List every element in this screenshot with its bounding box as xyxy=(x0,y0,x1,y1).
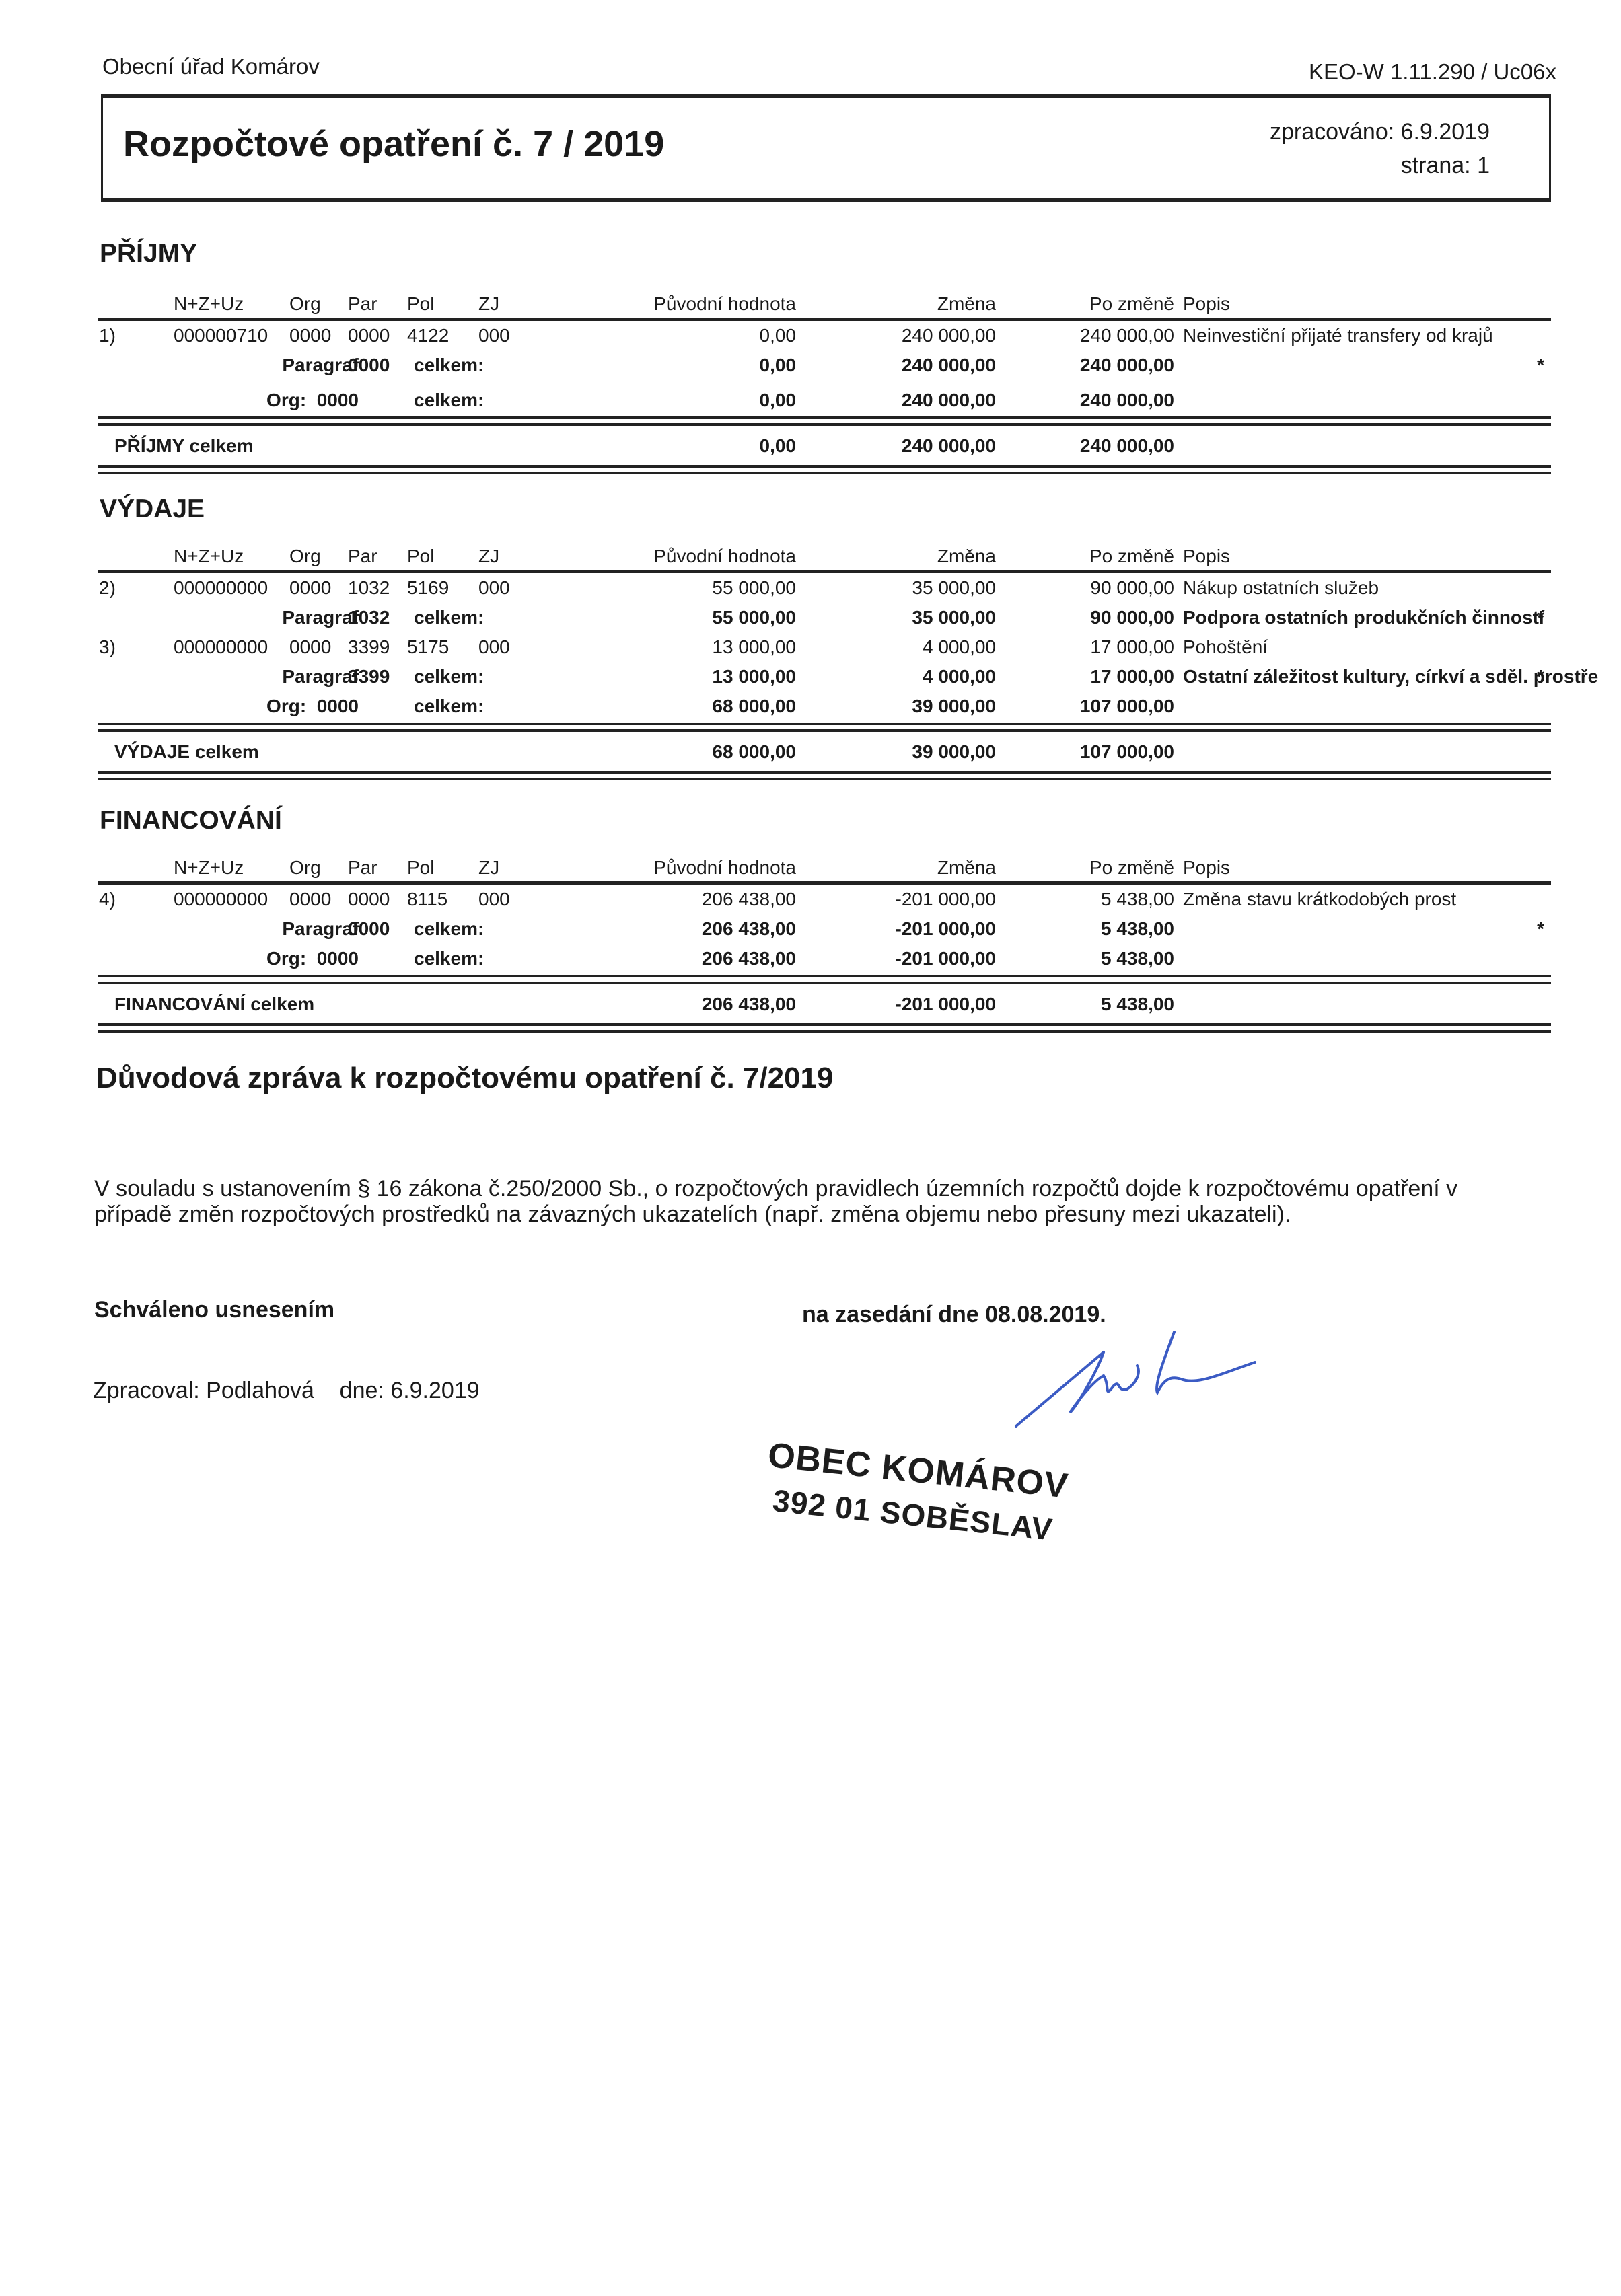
section-title-vydaje: VÝDAJE xyxy=(100,494,205,524)
asterisk: * xyxy=(1537,918,1544,940)
celkem-label: celkem: xyxy=(414,948,484,969)
row-original: 0,00 xyxy=(760,325,797,346)
double-rule xyxy=(98,975,1551,984)
total-change: 39 000,00 xyxy=(912,741,996,763)
reason-text: V souladu s ustanovením § 16 zákona č.25… xyxy=(94,1176,1527,1227)
paragraf-label: Paragraf xyxy=(282,607,359,628)
double-rule xyxy=(98,465,1551,474)
col-nzu: N+Z+Uz xyxy=(174,293,244,315)
table-header: N+Z+UzOrgParPolZJPůvodní hodnotaZměnaPo … xyxy=(98,542,1551,570)
double-rule xyxy=(98,771,1551,780)
col-original: Původní hodnota xyxy=(653,857,796,879)
prepared-by-name: Zpracoval: Podlahová xyxy=(93,1378,314,1403)
total-change: 240 000,00 xyxy=(902,435,996,457)
row-after: 90 000,00 xyxy=(1090,577,1174,599)
table-header: N+Z+UzOrgParPolZJPůvodní hodnotaZměnaPo … xyxy=(98,853,1551,881)
page-number: strana: 1 xyxy=(1401,153,1490,179)
row-index: 3) xyxy=(99,636,116,658)
subtotal-original: 13 000,00 xyxy=(712,666,796,688)
paragraf-subtotal-row: Paragraf0000celkem:206 438,00-201 000,00… xyxy=(98,914,1551,944)
subtotal-original: 0,00 xyxy=(760,355,797,376)
official-stamp: OBEC KOMÁROV 392 01 SOBĚSLAV xyxy=(761,1433,1071,1553)
subtotal-change: 240 000,00 xyxy=(902,355,996,376)
row-pol: 5169 xyxy=(407,577,449,599)
row-org: 0000 xyxy=(289,889,331,910)
col-par: Par xyxy=(348,546,377,567)
row-org: 0000 xyxy=(289,636,331,658)
col-pol: Pol xyxy=(407,857,434,879)
subtotal-after: 90 000,00 xyxy=(1090,607,1174,628)
total-change: -201 000,00 xyxy=(896,994,996,1015)
col-pol: Pol xyxy=(407,546,434,567)
table-row: 2)00000000000001032516900055 000,0035 00… xyxy=(98,573,1551,603)
org-total-original: 68 000,00 xyxy=(712,696,796,717)
celkem-label: celkem: xyxy=(414,607,484,628)
org-total-change: 240 000,00 xyxy=(902,390,996,411)
org-label: Org: 0000 xyxy=(266,390,359,411)
document-title: Rozpočtové opatření č. 7 / 2019 xyxy=(123,123,664,165)
table-prijmy: N+Z+UzOrgParPolZJPůvodní hodnotaZměnaPo … xyxy=(98,289,1551,474)
org-total-original: 0,00 xyxy=(760,390,797,411)
row-org: 0000 xyxy=(289,577,331,599)
org-total-after: 5 438,00 xyxy=(1101,948,1174,969)
total-after: 5 438,00 xyxy=(1101,994,1174,1015)
paragraf-label: Paragraf xyxy=(282,666,359,688)
row-zj: 000 xyxy=(478,636,510,658)
title-box: Rozpočtové opatření č. 7 / 2019 zpracová… xyxy=(101,94,1551,202)
row-par: 1032 xyxy=(348,577,390,599)
reason-title: Důvodová zpráva k rozpočtovému opatření … xyxy=(96,1062,833,1095)
col-change: Změna xyxy=(937,857,996,879)
row-pol: 5175 xyxy=(407,636,449,658)
subtotal-change: -201 000,00 xyxy=(896,918,996,940)
section-total-row: FINANCOVÁNÍ celkem206 438,00-201 000,005… xyxy=(98,984,1551,1018)
celkem-label: celkem: xyxy=(414,390,484,411)
row-description: Pohoštění xyxy=(1183,636,1268,658)
row-zj: 000 xyxy=(478,325,510,346)
subtotal-original: 55 000,00 xyxy=(712,607,796,628)
col-zj: ZJ xyxy=(478,857,499,879)
table-header: N+Z+UzOrgParPolZJPůvodní hodnotaZměnaPo … xyxy=(98,289,1551,318)
celkem-label: celkem: xyxy=(414,355,484,376)
paragraf-code: 3399 xyxy=(348,666,390,688)
double-rule xyxy=(98,723,1551,732)
double-rule xyxy=(98,1023,1551,1033)
col-change: Změna xyxy=(937,546,996,567)
row-index: 1) xyxy=(99,325,116,346)
paragraf-subtotal-row: Paragraf1032celkem:55 000,0035 000,0090 … xyxy=(98,603,1551,632)
double-rule xyxy=(98,416,1551,426)
table-vydaje: N+Z+UzOrgParPolZJPůvodní hodnotaZměnaPo … xyxy=(98,542,1551,780)
col-original: Původní hodnota xyxy=(653,293,796,315)
row-nzu: 000000000 xyxy=(174,577,268,599)
row-index: 2) xyxy=(99,577,116,599)
row-change: 4 000,00 xyxy=(923,636,996,658)
paragraf-subtotal-row: Paragraf3399celkem:13 000,004 000,0017 0… xyxy=(98,662,1551,692)
section-total-label: FINANCOVÁNÍ celkem xyxy=(114,994,314,1015)
paragraf-label: Paragraf xyxy=(282,918,359,940)
col-par: Par xyxy=(348,857,377,879)
org-total-after: 107 000,00 xyxy=(1080,696,1174,717)
paragraf-label: Paragraf xyxy=(282,355,359,376)
col-org: Org xyxy=(289,293,321,315)
asterisk: * xyxy=(1537,666,1544,688)
col-org: Org xyxy=(289,857,321,879)
signature xyxy=(1003,1312,1272,1433)
subtotal-change: 4 000,00 xyxy=(923,666,996,688)
col-nzu: N+Z+Uz xyxy=(174,546,244,567)
row-description: Změna stavu krátkodobých prost xyxy=(1183,889,1456,910)
row-par: 0000 xyxy=(348,325,390,346)
org-total-original: 206 438,00 xyxy=(702,948,796,969)
table-financovani: N+Z+UzOrgParPolZJPůvodní hodnotaZměnaPo … xyxy=(98,853,1551,1033)
row-zj: 000 xyxy=(478,577,510,599)
total-original: 206 438,00 xyxy=(702,994,796,1015)
row-change: -201 000,00 xyxy=(896,889,996,910)
celkem-label: celkem: xyxy=(414,918,484,940)
row-par: 3399 xyxy=(348,636,390,658)
org-total-after: 240 000,00 xyxy=(1080,390,1174,411)
org-total-row: Org: 0000celkem:206 438,00-201 000,005 4… xyxy=(98,944,1551,975)
subtotal-original: 206 438,00 xyxy=(702,918,796,940)
total-original: 0,00 xyxy=(760,435,797,457)
row-after: 17 000,00 xyxy=(1090,636,1174,658)
col-original: Původní hodnota xyxy=(653,546,796,567)
paragraf-code: 0000 xyxy=(348,918,390,940)
org-total-row: Org: 0000celkem:68 000,0039 000,00107 00… xyxy=(98,692,1551,723)
col-description: Popis xyxy=(1183,546,1230,567)
row-original: 13 000,00 xyxy=(712,636,796,658)
subtotal-after: 240 000,00 xyxy=(1080,355,1174,376)
row-description: Neinvestiční přijaté transfery od krajů xyxy=(1183,325,1493,346)
celkem-label: celkem: xyxy=(414,696,484,717)
col-pol: Pol xyxy=(407,293,434,315)
org-total-row: Org: 0000celkem:0,00240 000,00240 000,00 xyxy=(98,385,1551,416)
row-zj: 000 xyxy=(478,889,510,910)
table-row: 4)000000000000000008115000206 438,00-201… xyxy=(98,885,1551,914)
col-after: Po změně xyxy=(1089,857,1174,879)
row-par: 0000 xyxy=(348,889,390,910)
processed-date: zpracováno: 6.9.2019 xyxy=(1270,119,1490,145)
asterisk: * xyxy=(1537,607,1544,628)
row-change: 35 000,00 xyxy=(912,577,996,599)
total-after: 107 000,00 xyxy=(1080,741,1174,763)
row-org: 0000 xyxy=(289,325,331,346)
section-total-row: PŘÍJMY celkem0,00240 000,00240 000,00 xyxy=(98,426,1551,459)
prepared-by: Zpracoval: Podlahová dne: 6.9.2019 xyxy=(93,1378,480,1404)
col-change: Změna xyxy=(937,293,996,315)
col-description: Popis xyxy=(1183,857,1230,879)
row-description: Nákup ostatních služeb xyxy=(1183,577,1379,599)
row-original: 55 000,00 xyxy=(712,577,796,599)
total-after: 240 000,00 xyxy=(1080,435,1174,457)
row-nzu: 000000710 xyxy=(174,325,268,346)
prepared-date: dne: 6.9.2019 xyxy=(340,1378,480,1403)
asterisk: * xyxy=(1537,355,1544,376)
paragraf-code: 1032 xyxy=(348,607,390,628)
col-zj: ZJ xyxy=(478,546,499,567)
row-after: 240 000,00 xyxy=(1080,325,1174,346)
table-row: 1)0000007100000000041220000,00240 000,00… xyxy=(98,321,1551,350)
section-total-label: PŘÍJMY celkem xyxy=(114,435,254,457)
subtotal-description: Ostatní záležitost kultury, církví a sdě… xyxy=(1183,666,1598,688)
approved-label: Schváleno usnesením xyxy=(94,1297,334,1323)
row-original: 206 438,00 xyxy=(702,889,796,910)
section-total-row: VÝDAJE celkem68 000,0039 000,00107 000,0… xyxy=(98,732,1551,766)
row-index: 4) xyxy=(99,889,116,910)
col-org: Org xyxy=(289,546,321,567)
col-par: Par xyxy=(348,293,377,315)
subtotal-description: Podpora ostatních produkčních činností xyxy=(1183,607,1544,628)
org-label: Org: 0000 xyxy=(266,696,359,717)
col-after: Po změně xyxy=(1089,546,1174,567)
col-nzu: N+Z+Uz xyxy=(174,857,244,879)
section-title-financovani: FINANCOVÁNÍ xyxy=(100,806,282,836)
row-nzu: 000000000 xyxy=(174,636,268,658)
row-pol: 8115 xyxy=(407,889,447,910)
table-row: 3)00000000000003399517500013 000,004 000… xyxy=(98,632,1551,662)
subtotal-change: 35 000,00 xyxy=(912,607,996,628)
paragraf-subtotal-row: Paragraf0000celkem:0,00240 000,00240 000… xyxy=(98,350,1551,380)
org-total-change: -201 000,00 xyxy=(896,948,996,969)
row-change: 240 000,00 xyxy=(902,325,996,346)
software-version: KEO-W 1.11.290 / Uc06x xyxy=(1309,59,1556,85)
col-after: Po změně xyxy=(1089,293,1174,315)
row-nzu: 000000000 xyxy=(174,889,268,910)
office-name: Obecní úřad Komárov xyxy=(102,54,320,79)
col-description: Popis xyxy=(1183,293,1230,315)
org-total-change: 39 000,00 xyxy=(912,696,996,717)
col-zj: ZJ xyxy=(478,293,499,315)
subtotal-after: 5 438,00 xyxy=(1101,918,1174,940)
subtotal-after: 17 000,00 xyxy=(1090,666,1174,688)
celkem-label: celkem: xyxy=(414,666,484,688)
total-original: 68 000,00 xyxy=(712,741,796,763)
paragraf-code: 0000 xyxy=(348,355,390,376)
org-label: Org: 0000 xyxy=(266,948,359,969)
row-after: 5 438,00 xyxy=(1101,889,1174,910)
section-total-label: VÝDAJE celkem xyxy=(114,741,259,763)
section-title-prijmy: PŘÍJMY xyxy=(100,239,197,268)
row-pol: 4122 xyxy=(407,325,449,346)
